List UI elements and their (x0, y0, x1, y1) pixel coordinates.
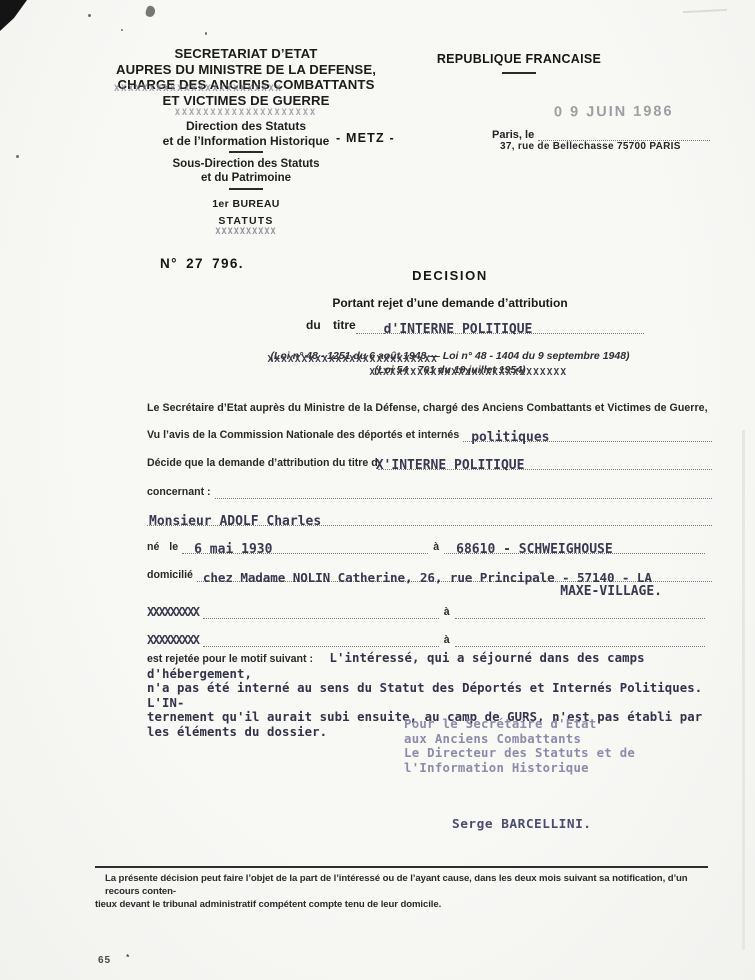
page-number: 65 * (98, 955, 130, 966)
dotted-line (203, 605, 439, 619)
domicile-label: domicilié (147, 569, 197, 582)
dotted-line (203, 633, 439, 647)
page-number-value: 65 (98, 955, 111, 966)
stamped-strikeout: XXXXXXXXXXXXXXXXXXXXXXXX (114, 84, 282, 94)
footer-notice-line: tieux devant le tribunal administratif c… (95, 899, 723, 912)
signature-line: aux Anciens Combattants (404, 732, 635, 747)
dotted-line: chez Madame NOLIN Catherine, 26, rue Pri… (197, 568, 712, 582)
struck-field-row: XXXXXXXXX à (147, 633, 705, 647)
signature-line: Pour le Secrétaire d'Etat (404, 717, 635, 732)
agency-name-line: CHARGE DES ANCIENS COMBATTANTS XXXXXXXXX… (85, 77, 407, 93)
dotted-line (455, 605, 705, 619)
agency-name-line: AUPRES DU MINISTRE DE LA DEFENSE, (85, 62, 407, 78)
scanned-decision-document: SECRETARIAT D’ETAT AUPRES DU MINISTRE DE… (0, 0, 755, 980)
laws-reference: (Loi n° 48 - 1251 du 6 août 1948 — Loi n… (145, 350, 755, 377)
signature-line: Le Directeur des Statuts et de (404, 746, 635, 761)
typed-motif-text: n'a pas été interné au sens du Statut de… (147, 681, 741, 710)
dotted-line: 6 mai 1930 (182, 540, 428, 554)
decision-subtitle: Portant rejet d’une demande d’attributio… (145, 296, 755, 310)
bureau-line: 1er BUREAU (85, 198, 407, 210)
struck-field-row: XXXXXXXXX à (147, 605, 705, 619)
law-line: (Loi 54 - 761 du 19 juillet 1954) XXXXXX… (374, 364, 525, 378)
typed-birth-place: 68610 - SCHWEIGHOUSE (456, 542, 613, 557)
divider-rule (229, 188, 263, 190)
dotted-line (538, 127, 710, 141)
stamped-strikeout: XXXXXXXXXXXXXXXXXXXX (85, 108, 407, 119)
dotted-line: 68610 - SCHWEIGHOUSE (444, 540, 705, 554)
sous-direction-line: et du Patrimoine (85, 171, 407, 185)
decide-label: Décide que la demande d’attribution du t… (147, 457, 378, 470)
divider-rule (229, 151, 263, 153)
dotted-line (215, 485, 712, 499)
dotted-line: X'INTERNE POLITIQUE (378, 456, 712, 470)
dotted-line: Monsieur ADOLF Charles (147, 512, 712, 526)
signature-line: l'Information Historique (404, 761, 635, 776)
a-label: à (428, 541, 444, 554)
footer-divider-rule (95, 866, 708, 868)
vu-avis-row: Vu l’avis de la Commission Nationale des… (147, 428, 712, 442)
typed-domicile-value: chez Madame NOLIN Catherine, 26, rue Pri… (203, 570, 652, 585)
preamble-paragraph: Le Secrétaire d’Etat auprès du Ministre … (147, 402, 743, 414)
a-label: à (439, 634, 455, 647)
dotted-line (455, 633, 705, 647)
dotted-line (356, 320, 384, 334)
law-line: (Loi n° 48 - 1251 du 6 août 1948 — Loi n… (270, 350, 629, 364)
vu-avis-label: Vu l’avis de la Commission Nationale des… (147, 429, 463, 442)
signature-block: Pour le Secrétaire d'Etat aux Anciens Co… (404, 717, 635, 775)
typed-name-value: Monsieur ADOLF Charles (149, 514, 321, 529)
typed-domicile-value-2: MAXE-VILLAGE. (147, 584, 712, 599)
decision-title: DECISION (145, 268, 755, 283)
motif-first-line: est rejetée pour le motif suivant : L'in… (147, 651, 741, 681)
divider-rule (502, 72, 536, 74)
scan-speck (88, 14, 91, 17)
ink-smudge (145, 5, 157, 18)
address-line: 37, rue de Bellechasse 75700 PARIS (500, 141, 681, 152)
dotted-line: d'INTERNE POLITIQUE (384, 320, 644, 334)
scan-streak (683, 9, 727, 13)
scan-corner-artifact (0, 0, 27, 31)
paris-date-line: Paris, le (492, 127, 710, 141)
signer-name: Serge BARCELLINI. (452, 817, 591, 832)
sous-direction-line: Sous-Direction des Statuts (85, 157, 407, 171)
dotted-line: politiques (463, 428, 712, 442)
a-label: à (439, 606, 455, 619)
republic-header: REPUBLIQUE FRANCAISE (428, 52, 610, 74)
decide-row: Décide que la demande d’attribution du t… (147, 456, 712, 470)
titre-label: du titre (306, 318, 356, 334)
typed-vu-value: politiques (471, 430, 549, 445)
decision-heading: DECISION Portant rejet d’une demande d’a… (145, 268, 755, 310)
scan-speck (16, 155, 19, 158)
scan-edge-streak (742, 430, 745, 950)
paris-label: Paris, le (492, 129, 538, 141)
agency-name-line: SECRETARIAT D’ETAT (85, 46, 407, 62)
scan-speck (205, 32, 207, 35)
name-row: Monsieur ADOLF Charles (147, 512, 712, 526)
titre-row: du titre d'INTERNE POLITIQUE (306, 318, 644, 334)
stamped-strikeout: XXXXXXXXXX (85, 227, 407, 237)
concernant-row: concernant : (147, 485, 712, 499)
agency-name-line: ET VICTIMES DE GUERRE (85, 93, 407, 109)
typed-birth-date: 6 mai 1930 (194, 542, 272, 557)
stamped-strikeout: XXXXXXXXXXXXXXXXXXXXXXXXXXXXX (369, 367, 567, 378)
metz-label: - METZ - (336, 131, 395, 145)
domicile-row: domicilié chez Madame NOLIN Catherine, 2… (147, 568, 712, 582)
birth-label: né le (147, 541, 182, 554)
typed-decide-value: X'INTERNE POLITIQUE (376, 458, 525, 473)
statuts-line: STATUTS (85, 215, 407, 227)
typed-strikeout-label: XXXXXXXXX (147, 633, 203, 647)
footer-notice: La présente décision peut faire l’objet … (95, 873, 723, 911)
footer-notice-line: La présente décision peut faire l’objet … (95, 873, 723, 899)
typed-title-value: d'INTERNE POLITIQUE (384, 322, 533, 337)
page-number-star: * (126, 953, 130, 962)
scan-speck (121, 29, 123, 31)
date-stamp: 0 9 JUIN 1986 (554, 104, 674, 121)
motif-label: est rejetée pour le motif suivant : (147, 653, 313, 665)
typed-strikeout-label: XXXXXXXXX (147, 605, 203, 619)
birth-row: né le 6 mai 1930 à 68610 - SCHWEIGHOUSE (147, 540, 705, 554)
republic-title: REPUBLIQUE FRANCAISE (428, 52, 610, 66)
concernant-label: concernant : (147, 486, 215, 499)
